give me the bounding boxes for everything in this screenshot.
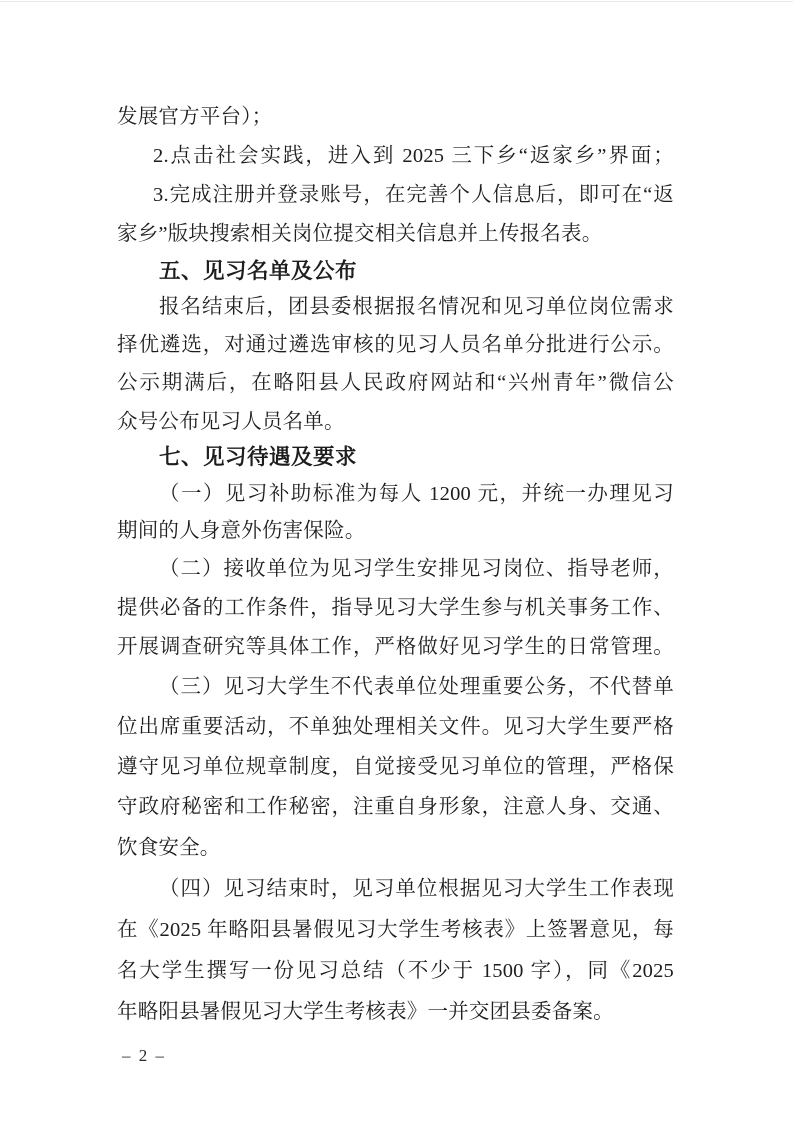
text-line: 年略阳县暑假见习大学生考核表》一并交团县委备案。: [117, 999, 674, 1025]
document-page: 发展官方平台）；2.点击社会实践，进入到 2025 三下乡“返家乡”界面；3.完…: [0, 0, 793, 1122]
text-line: 饮食安全。: [117, 835, 674, 861]
text-line: 遵守见习单位规章制度，自觉接受见习单位的管理，严格保: [117, 754, 674, 780]
text-line: （四）见习结束时，见习单位根据见习大学生工作表现: [117, 876, 674, 902]
text-line: （三）见习大学生不代表单位处理重要公务，不代替单: [117, 674, 674, 700]
text-line: 3.完成注册并登录账号，在完善个人信息后，即可在“返: [117, 182, 674, 208]
text-line: （一）见习补助标准为每人 1200 元，并统一办理见习: [117, 481, 674, 507]
text-line: 在《2025 年略阳县暑假见习大学生考核表》上签署意见，每: [117, 917, 674, 943]
text-line: 众号公布见习人员名单。: [117, 409, 674, 435]
section-heading: 五、见习名单及公布: [117, 258, 674, 284]
text-line: 位出席重要活动，不单独处理相关文件。见习大学生要严格: [117, 714, 674, 740]
text-line: 报名结束后，团县委根据报名情况和见习单位岗位需求: [117, 294, 674, 320]
text-line: 择优遴选，对通过遴选审核的见习人员名单分批进行公示。: [117, 332, 674, 358]
page-number: – 2 –: [122, 1046, 166, 1066]
text-line: 名大学生撰写一份见习总结（不少于 1500 字），同《2025: [117, 958, 674, 984]
text-line: 公示期满后，在略阳县人民政府网站和“兴州青年”微信公: [117, 370, 674, 396]
text-line: 2.点击社会实践，进入到 2025 三下乡“返家乡”界面；: [117, 143, 674, 169]
text-line: 守政府秘密和工作秘密，注重自身形象，注意人身、交通、: [117, 794, 674, 820]
text-line: 提供必备的工作条件，指导见习大学生参与机关事务工作、: [117, 595, 674, 621]
text-line: 期间的人身意外伤害保险。: [117, 518, 674, 544]
text-line: 发展官方平台）；: [117, 104, 674, 130]
text-line: 家乡”版块搜索相关岗位提交相关信息并上传报名表。: [117, 221, 674, 247]
section-heading: 七、见习待遇及要求: [117, 444, 674, 470]
text-line: 开展调查研究等具体工作，严格做好见习学生的日常管理。: [117, 634, 674, 660]
document-body: 发展官方平台）；2.点击社会实践，进入到 2025 三下乡“返家乡”界面；3.完…: [117, 0, 674, 1122]
text-line: （二）接收单位为见习学生安排见习岗位、指导老师，: [117, 556, 674, 582]
